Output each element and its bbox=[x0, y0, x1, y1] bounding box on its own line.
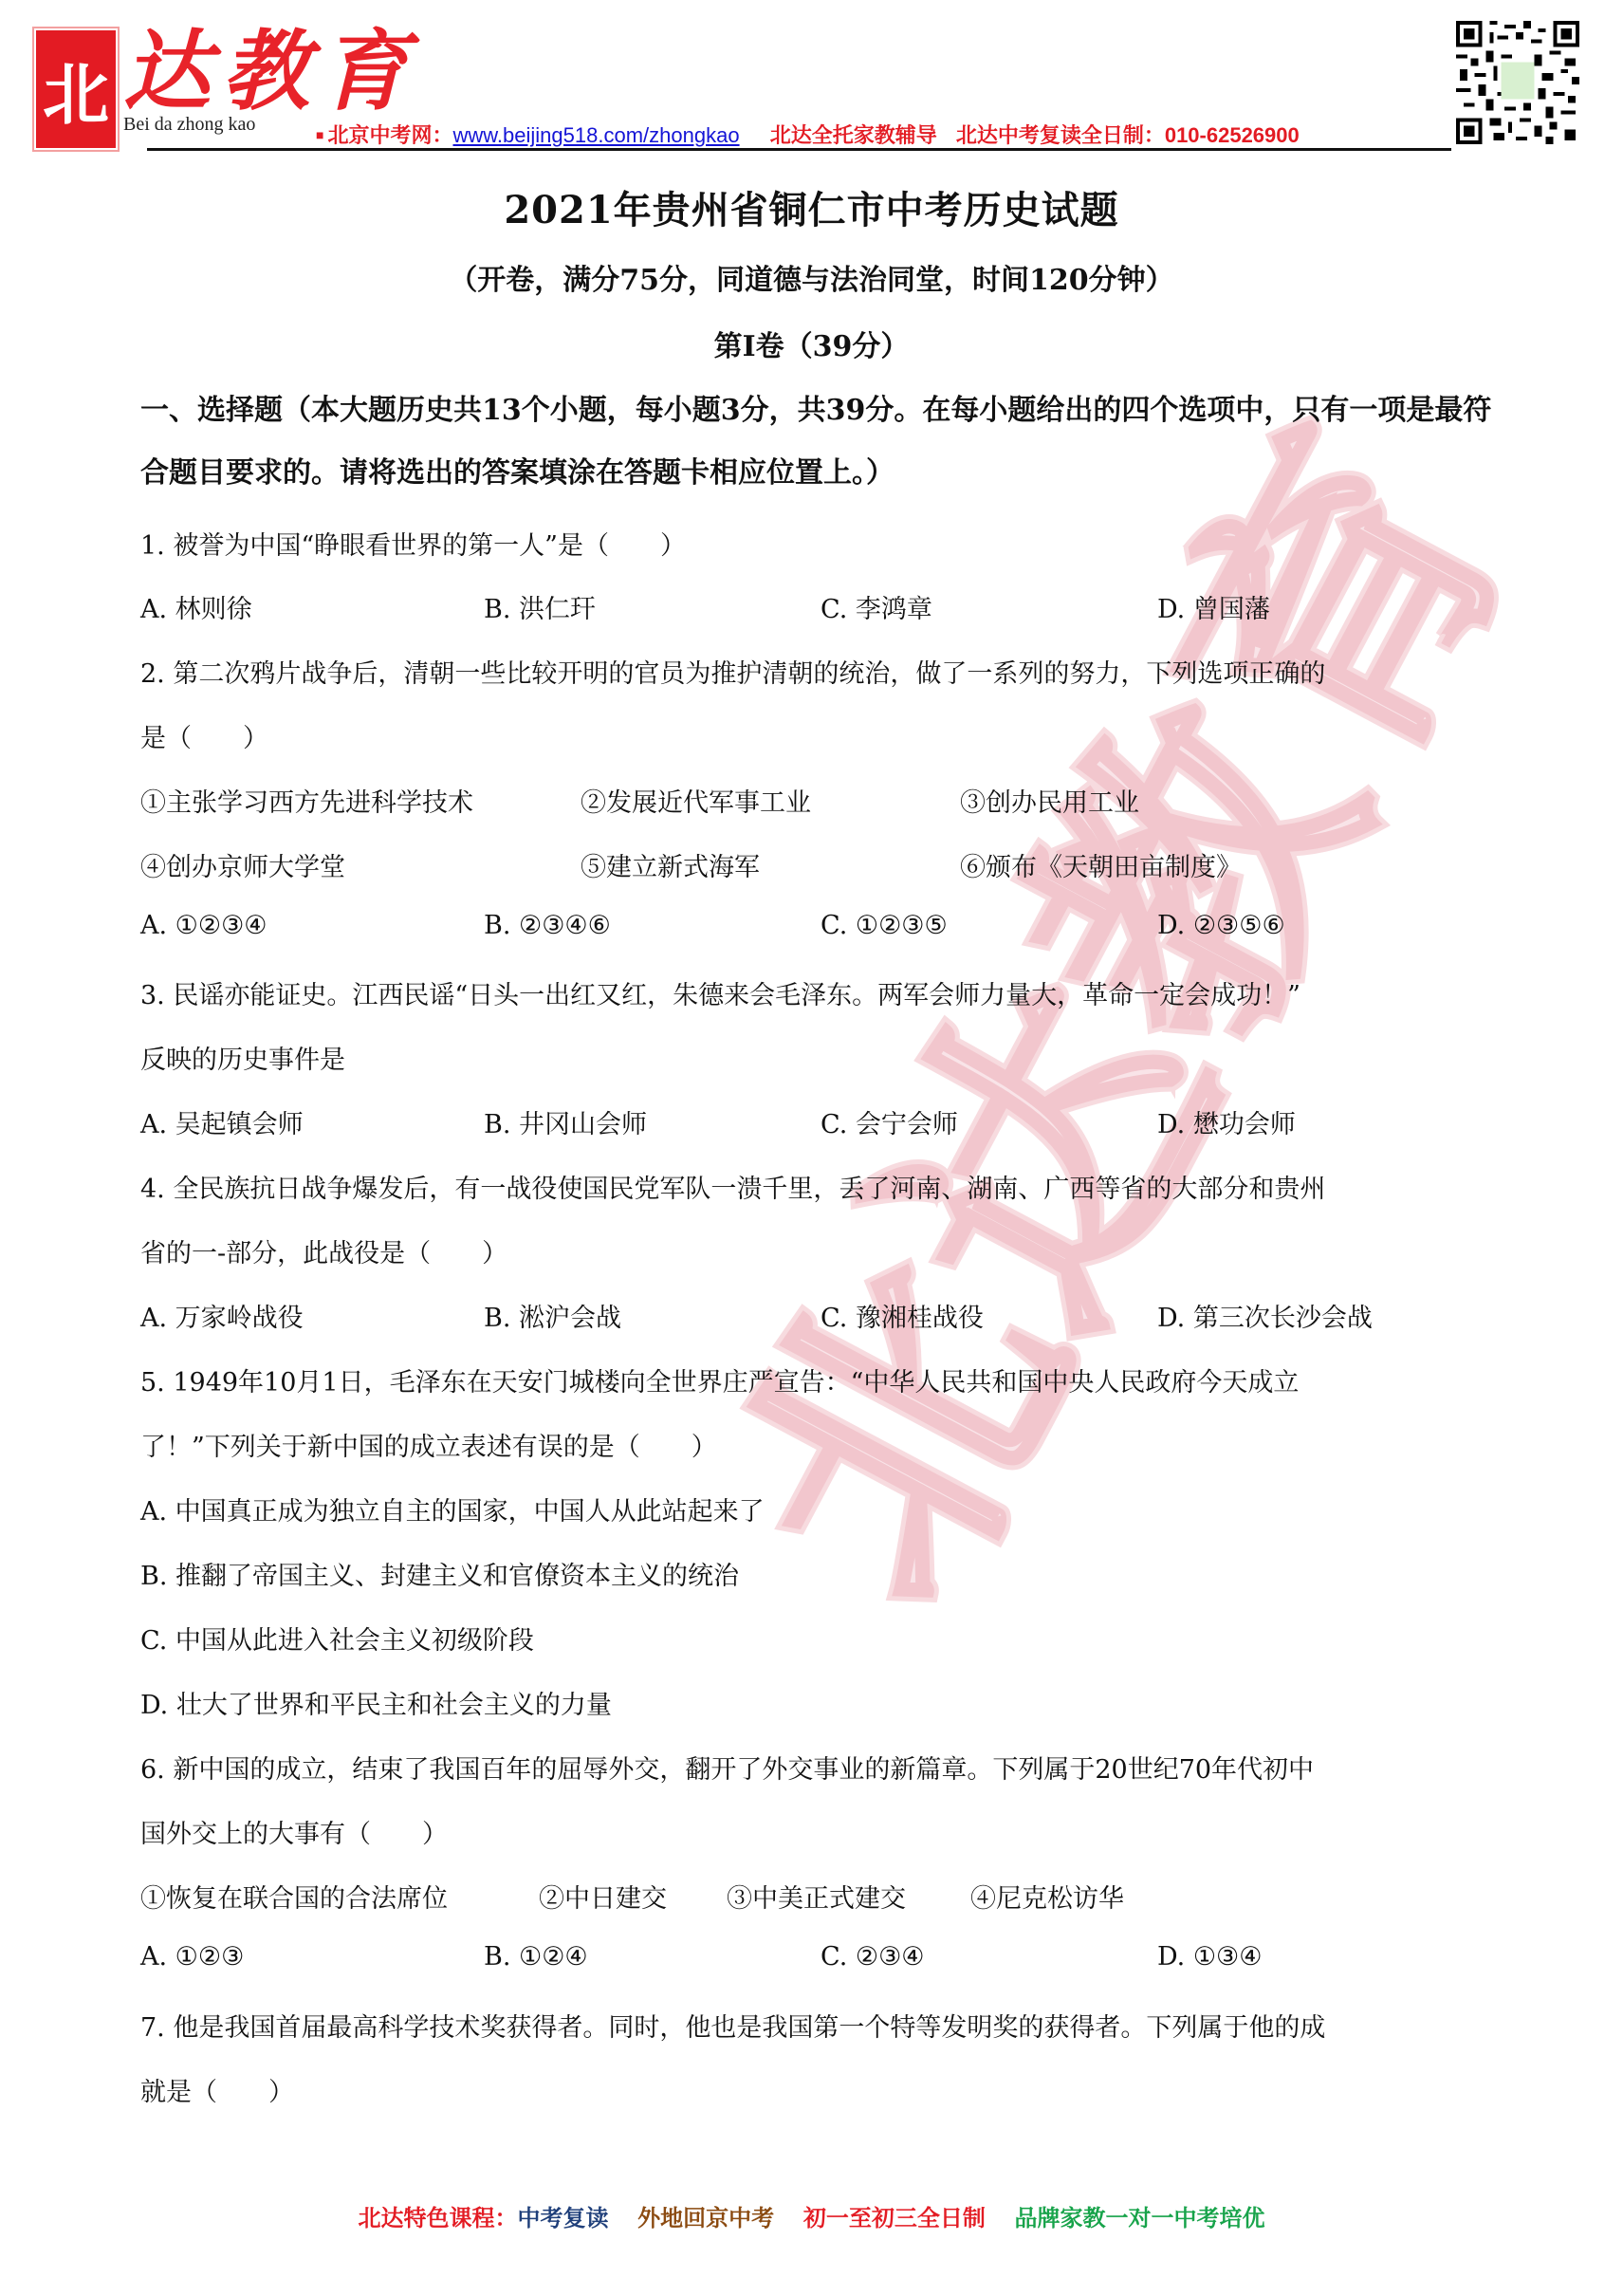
footer-course-fulltime: 初一至初三全日制 bbox=[803, 2206, 986, 2231]
q4-option-d[interactable]: D. 第三次长沙会战 bbox=[1157, 1297, 1373, 1334]
question-5-stem-cont: 了！”下列关于新中国的成立表述有误的是（ ） bbox=[140, 1426, 717, 1463]
q1-option-d[interactable]: D. 曾国藩 bbox=[1157, 588, 1270, 625]
question-6-stem: 6. 新中国的成立，结束了我国百年的屈辱外交，翻开了外交事业的新篇章。下列属于2… bbox=[140, 1749, 1314, 1786]
q2-item-5: ⑤建立新式海军 bbox=[581, 846, 760, 883]
question-7-stem: 7. 他是我国首届最高科学技术奖获得者。同时，他也是我国第一个特等发明奖的获得者… bbox=[140, 2007, 1325, 2044]
q2-item-2: ②发展近代军事工业 bbox=[581, 782, 811, 819]
q2-option-a[interactable]: A. ①②③④ bbox=[140, 911, 267, 940]
header-links: ■北京中考网：www.beijing518.com/zhongkao 北达全托家… bbox=[316, 120, 1300, 149]
footer-course-repeat: 中考复读 bbox=[517, 2206, 608, 2231]
question-7-stem-cont: 就是（ ） bbox=[140, 2071, 294, 2108]
question-2-stem: 2. 第二次鸦片战争后，清朝一些比较开明的官员为推护清朝的统治，做了一系列的努力… bbox=[140, 653, 1325, 690]
q2-item-6: ⑥颁布《天朝田亩制度》 bbox=[960, 846, 1242, 883]
q2-option-c[interactable]: C. ①②③⑤ bbox=[821, 911, 948, 940]
q5-option-b[interactable]: B. 推翻了帝国主义、封建主义和官僚资本主义的统治 bbox=[140, 1555, 739, 1592]
header-divider bbox=[147, 148, 1451, 151]
q4-option-c[interactable]: C. 豫湘桂战役 bbox=[821, 1297, 984, 1334]
q6-option-d[interactable]: D. ①③④ bbox=[1157, 1942, 1262, 1972]
q2-item-3: ③创办民用工业 bbox=[960, 782, 1139, 819]
footer-label: 北达特色课程： bbox=[358, 2206, 517, 2231]
logo-subtitle: Bei da zhong kao bbox=[123, 114, 255, 136]
q2-item-1: ①主张学习西方先进科学技术 bbox=[140, 782, 473, 819]
q3-option-b[interactable]: B. 井冈山会师 bbox=[484, 1103, 647, 1140]
q6-item-1: ①恢复在联合国的合法席位 bbox=[140, 1878, 448, 1915]
question-2-stem-cont: 是（ ） bbox=[140, 717, 268, 754]
footer-course-return: 外地回京中考 bbox=[637, 2206, 774, 2231]
q1-option-a[interactable]: A. 林则徐 bbox=[140, 588, 252, 625]
promo-repeat-course: 北达中考复读全日制：010-62526900 bbox=[956, 123, 1300, 147]
question-6-stem-cont: 国外交上的大事有（ ） bbox=[140, 1813, 448, 1850]
q5-option-c[interactable]: C. 中国从此进入社会主义初级阶段 bbox=[140, 1620, 534, 1657]
page-title: 2021年贵州省铜仁市中考历史试题 bbox=[0, 180, 1623, 234]
q6-option-c[interactable]: C. ②③④ bbox=[821, 1942, 924, 1972]
q6-item-2: ②中日建交 bbox=[539, 1878, 667, 1915]
q2-option-d[interactable]: D. ②③⑤⑥ bbox=[1157, 911, 1285, 940]
section-heading: 第Ⅰ卷（39分） bbox=[0, 323, 1623, 364]
q4-option-a[interactable]: A. 万家岭战役 bbox=[140, 1297, 304, 1334]
q3-option-c[interactable]: C. 会宁会师 bbox=[821, 1103, 958, 1140]
question-3-stem: 3. 民谣亦能证史。江西民谣“日头一出红又红，朱德来会毛泽东。两军会师力量大，革… bbox=[140, 974, 1300, 1011]
question-3-stem-cont: 反映的历史事件是 bbox=[140, 1039, 345, 1076]
q5-option-a[interactable]: A. 中国真正成为独立自主的国家，中国人从此站起来了 bbox=[140, 1491, 765, 1528]
question-4-stem-cont: 省的一-部分，此战役是（ ） bbox=[140, 1232, 507, 1269]
q2-option-b[interactable]: B. ②③④⑥ bbox=[484, 911, 611, 940]
q2-item-4: ④创办京师大学堂 bbox=[140, 846, 345, 883]
q6-option-b[interactable]: B. ①②④ bbox=[484, 1942, 588, 1972]
logo-text: 达教育 bbox=[123, 19, 419, 123]
q1-option-b[interactable]: B. 洪仁玕 bbox=[484, 588, 596, 625]
q6-item-3: ③中美正式建交 bbox=[727, 1878, 906, 1915]
footer-courses: 北达特色课程：中考复读 外地回京中考 初一至初三全日制 品牌家教一对一中考培优 bbox=[0, 2199, 1623, 2232]
q5-option-d[interactable]: D. 壮大了世界和平民主和社会主义的力量 bbox=[140, 1684, 612, 1721]
question-5-stem: 5. 1949年10月1日，毛泽东在天安门城楼向全世界庄严宣告：“中华人民共和国… bbox=[140, 1361, 1299, 1398]
promo-tutoring: 北达全托家教辅导 bbox=[770, 123, 937, 147]
site-label: 北京中考网： bbox=[327, 123, 452, 147]
logo-mark: 北 bbox=[36, 30, 116, 148]
question-4-stem: 4. 全民族抗日战争爆发后，有一战役使国民党军队一溃千里，丢了河南、湖南、广西等… bbox=[140, 1168, 1325, 1205]
q3-option-d[interactable]: D. 懋功会师 bbox=[1157, 1103, 1296, 1140]
instructions: 一、选择题（本大题历史共13个小题，每小题3分，共39分。在每小题给出的四个选项… bbox=[140, 380, 1497, 505]
footer-course-tutoring: 品牌家教一对一中考培优 bbox=[1015, 2206, 1265, 2231]
q4-option-b[interactable]: B. 淞沪会战 bbox=[484, 1297, 621, 1334]
q1-option-c[interactable]: C. 李鸿章 bbox=[821, 588, 932, 625]
site-url-link[interactable]: www.beijing518.com/zhongkao bbox=[452, 123, 739, 147]
question-1-stem: 1. 被誉为中国“睁眼看世界的第一人”是（ ） bbox=[140, 525, 686, 562]
q6-option-a[interactable]: A. ①②③ bbox=[140, 1942, 244, 1972]
q3-option-a[interactable]: A. 吴起镇会师 bbox=[140, 1103, 304, 1140]
qr-code bbox=[1451, 17, 1584, 148]
q6-item-4: ④尼克松访华 bbox=[970, 1878, 1124, 1915]
bullet-square-icon: ■ bbox=[316, 127, 323, 142]
exam-info: （开卷，满分75分，同道德与法治同堂，时间120分钟） bbox=[0, 256, 1623, 298]
